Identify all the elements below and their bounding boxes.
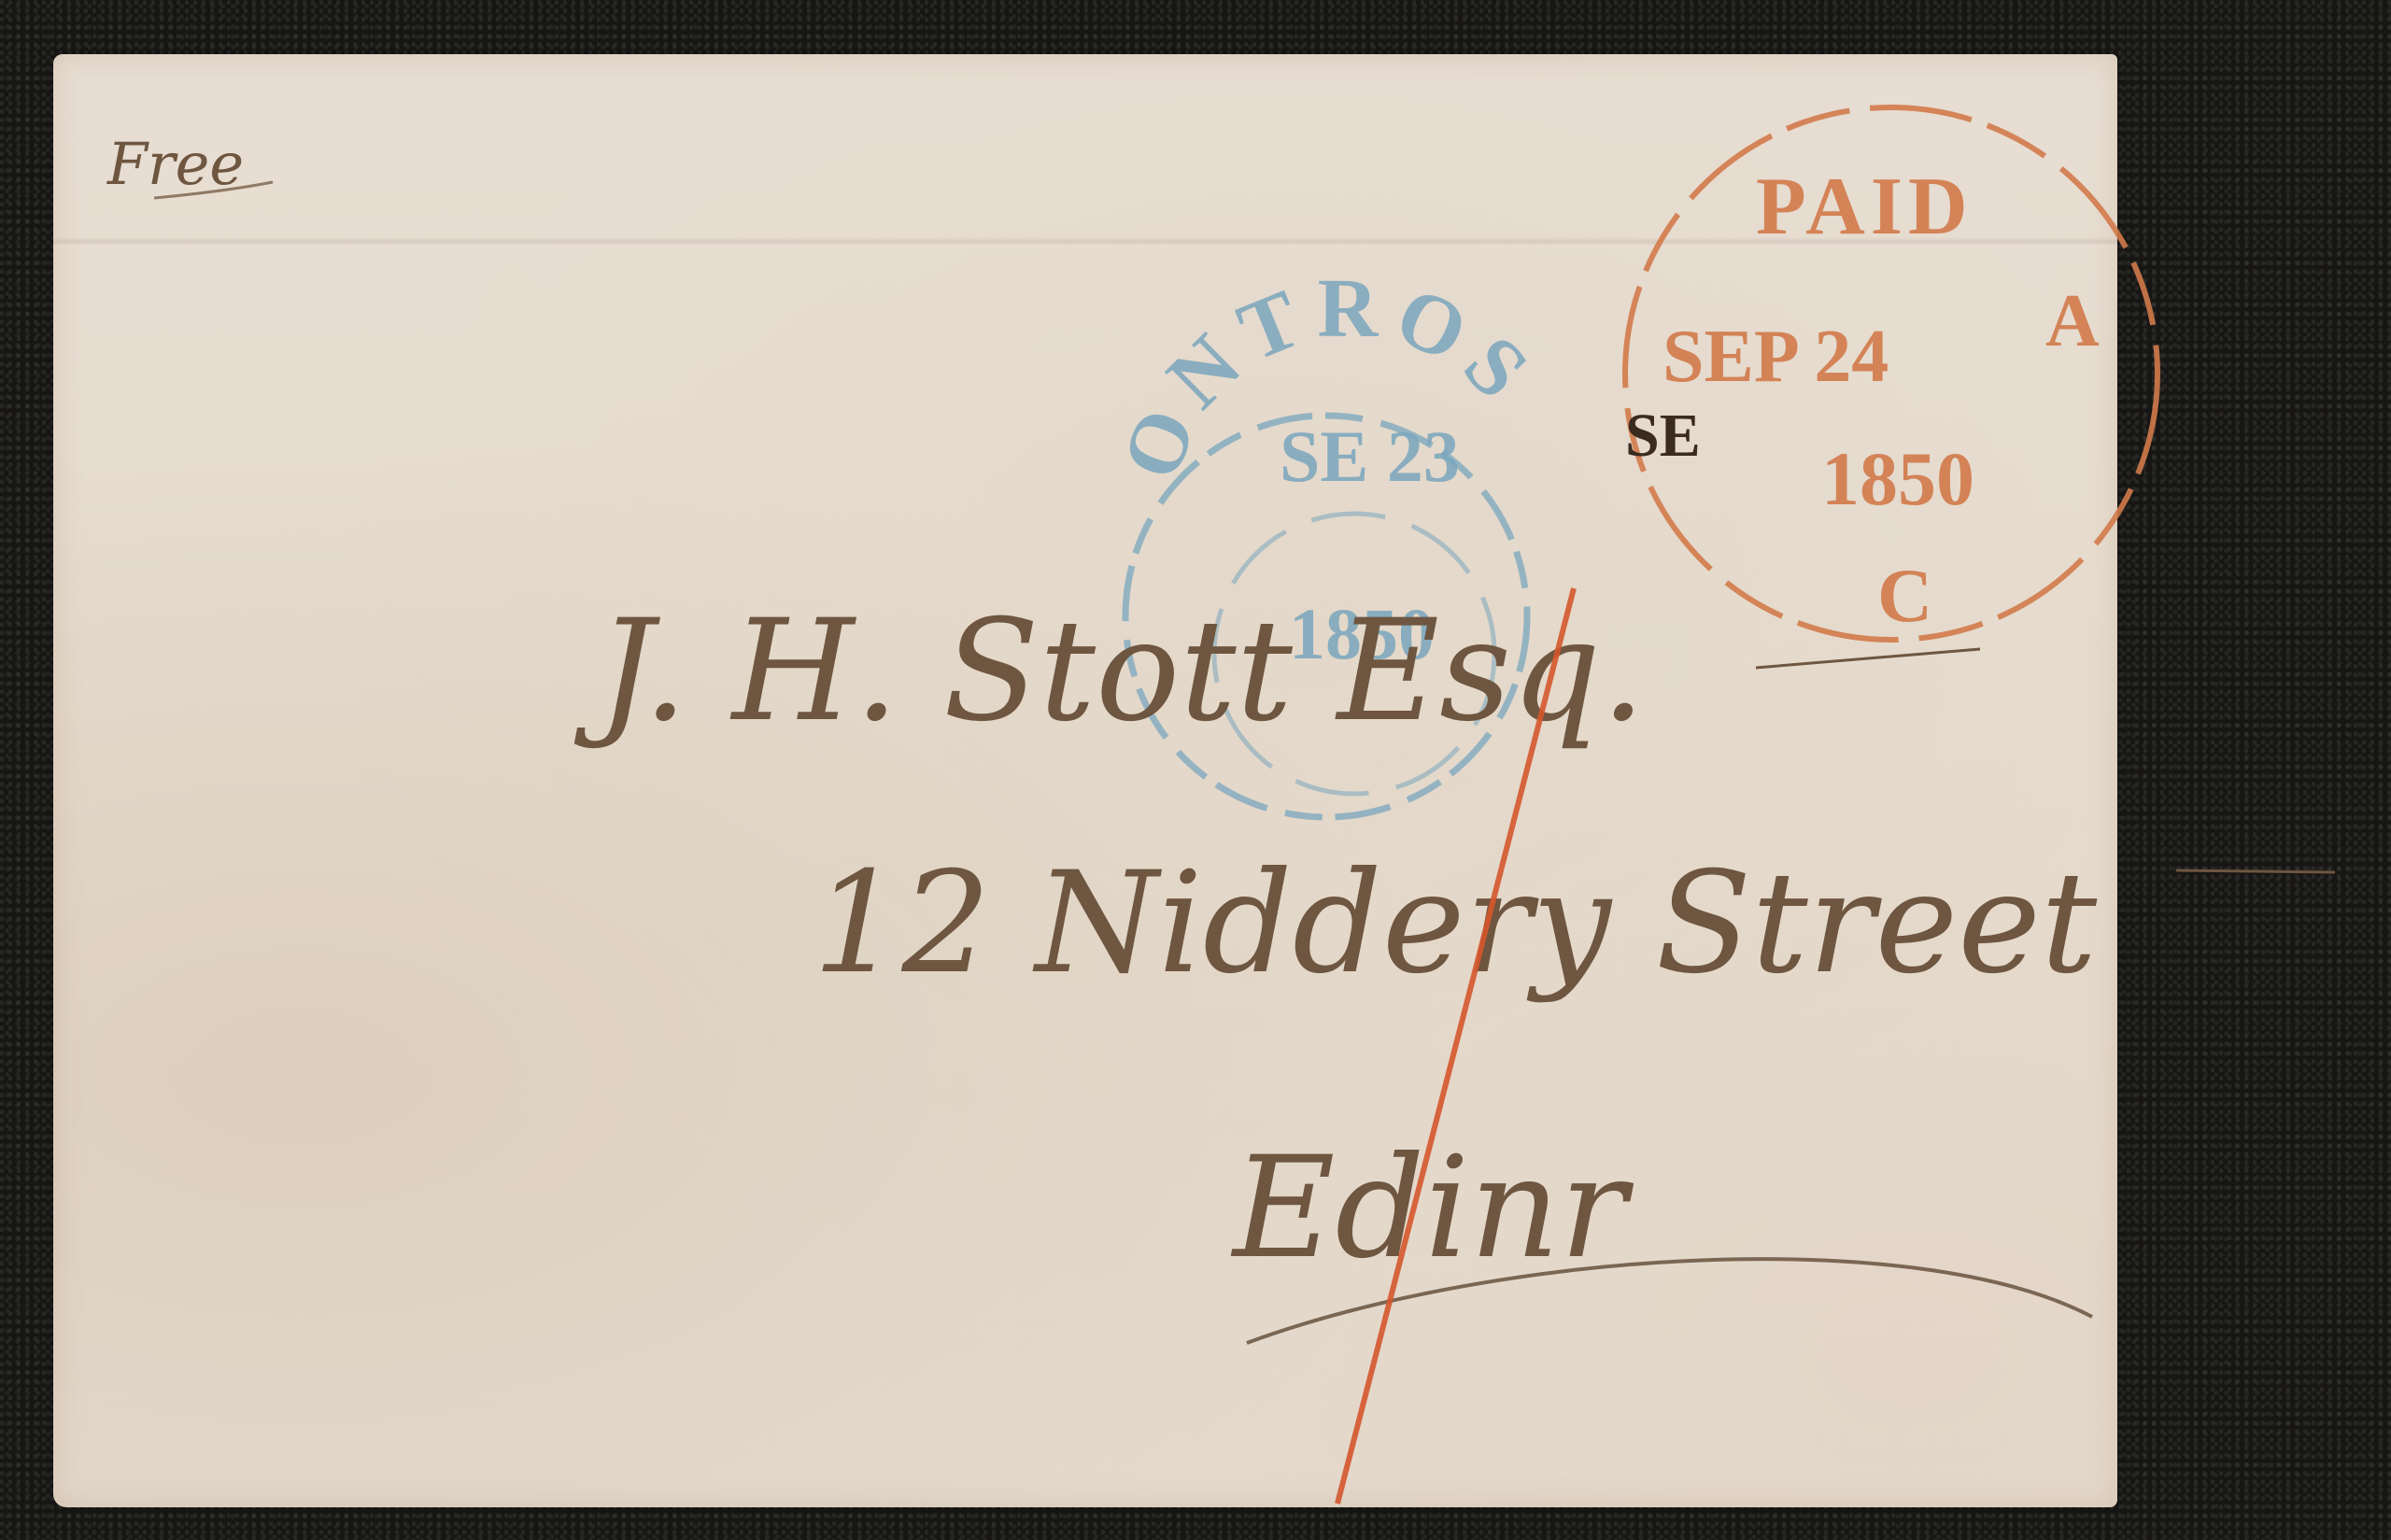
address-underline bbox=[1756, 649, 1980, 668]
svg-text:Free: Free bbox=[106, 130, 244, 198]
paid-year: 1850 bbox=[1821, 436, 1974, 521]
paid-text: PAID bbox=[1756, 162, 1974, 252]
red-paid-postmark: PAID A SEP 24 1850 C bbox=[1625, 107, 2158, 640]
overstrike-fragment: SE bbox=[1625, 402, 1701, 470]
address-line-2: 12 Niddery Street bbox=[813, 842, 2098, 1005]
address-line-3: Edinr bbox=[1230, 1127, 1634, 1290]
envelope-markings: ONTROSE SE 23 1850 PAID A SEP 24 1850 C … bbox=[0, 0, 2391, 1540]
paid-bottom-letter: C bbox=[1877, 553, 1932, 638]
paid-side-letter: A bbox=[2045, 280, 2100, 362]
paid-date: SEP 24 bbox=[1662, 316, 1889, 398]
blue-postmark-date: SE 23 bbox=[1280, 416, 1460, 497]
address-line-1: J. H. Stott Esq. bbox=[573, 590, 1646, 753]
street-tail-stroke bbox=[2176, 870, 2335, 872]
free-annotation: Free bbox=[106, 130, 273, 198]
